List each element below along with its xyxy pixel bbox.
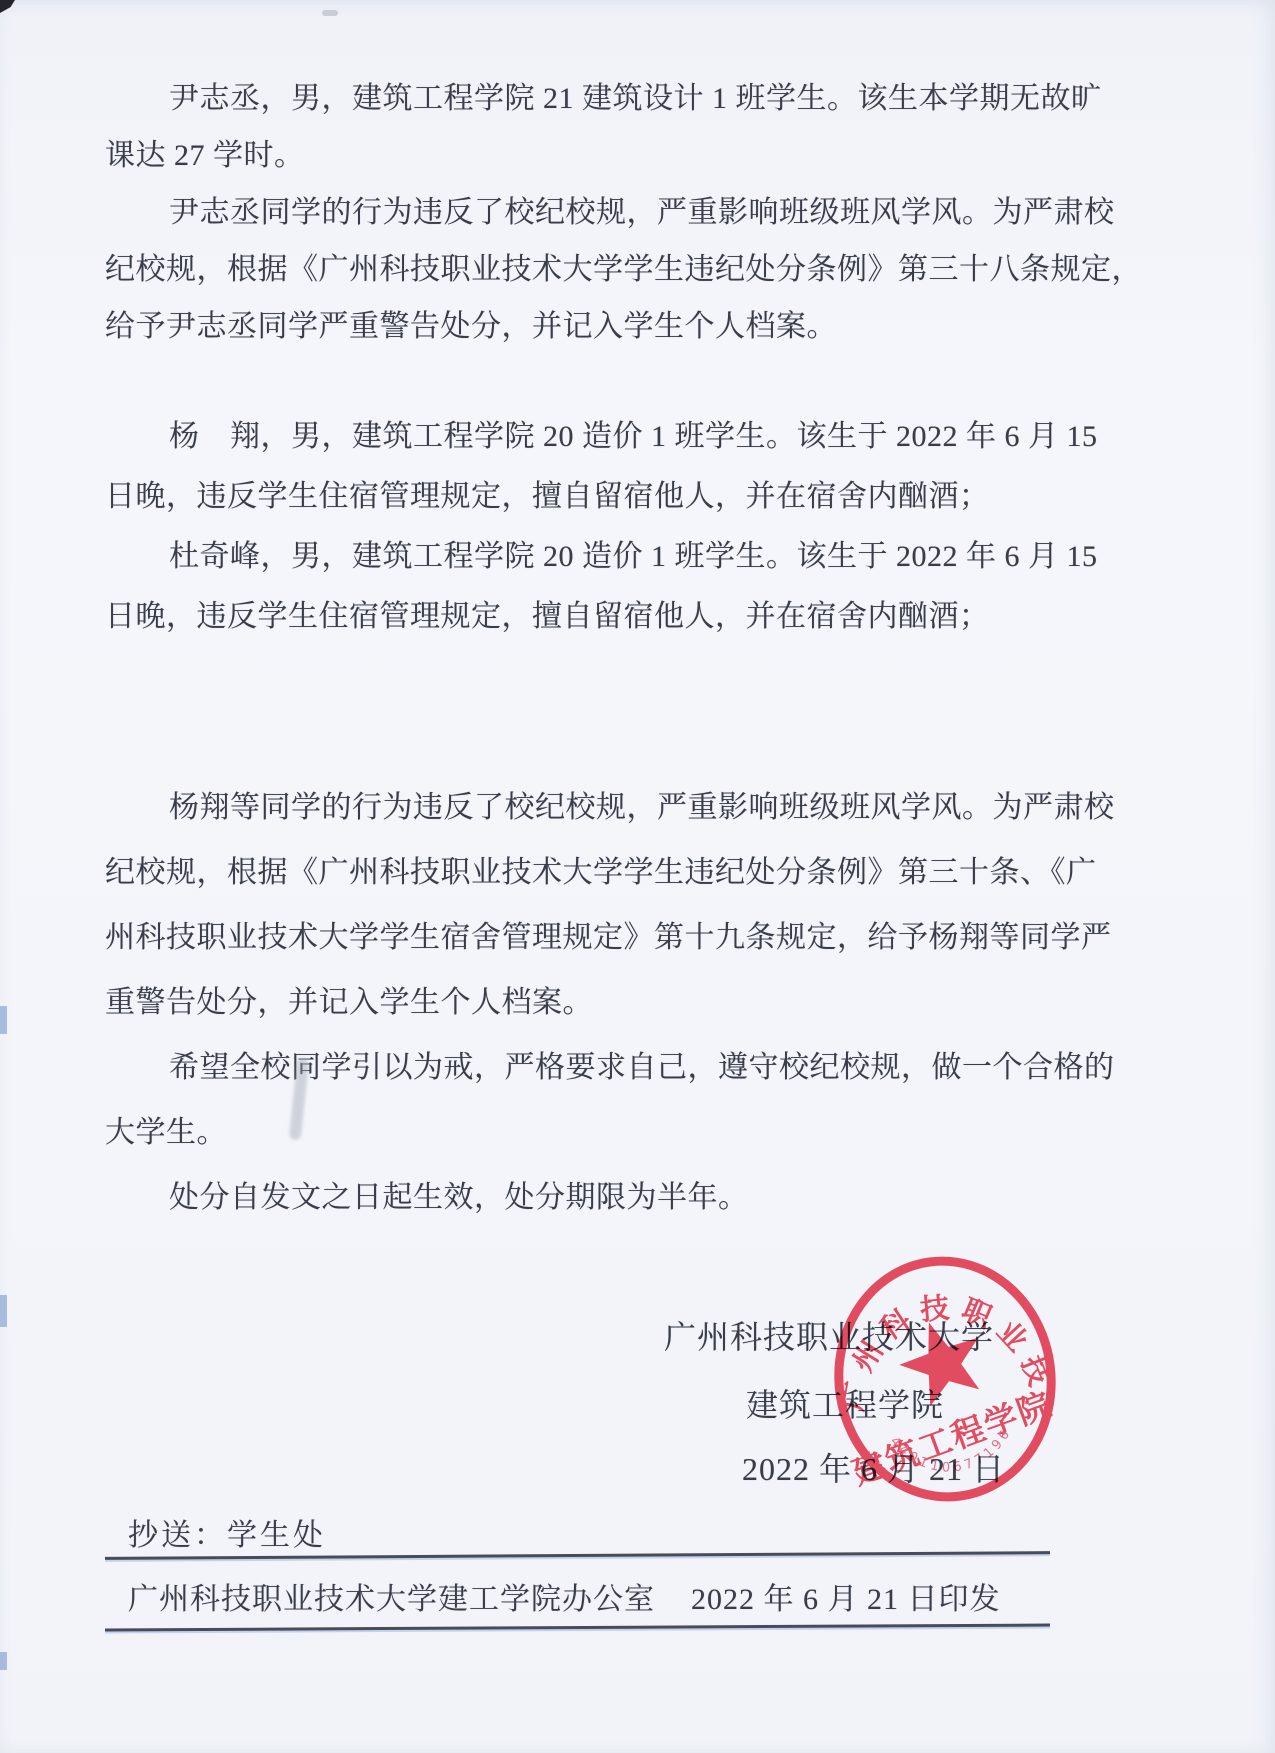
scan-artifact: [0, 1295, 7, 1327]
body-line: 希望全校同学引以为戒，严格要求自己，遵守校纪校规，做一个合格的: [105, 1035, 1077, 1100]
official-seal-stamp: 广州科技职业技术大学 建筑工程学院 440110677196: [813, 1239, 1076, 1520]
paragraph-group-3: 杨翔等同学的行为违反了校纪校规，严重影响班级班风学风。为严肃校 纪校规，根据《广…: [105, 775, 1077, 1230]
body-line: 给予尹志丞同学严重警告处分，并记入学生个人档案。: [105, 298, 1077, 355]
body-line: 杨翔等同学的行为违反了校纪校规，严重影响班级班风学风。为严肃校: [105, 775, 1077, 840]
body-line: 纪校规，根据《广州科技职业技术大学学生违纪处分条例》第三十八条规定，: [105, 241, 1077, 298]
body-line: 杜奇峰，男，建筑工程学院 20 造价 1 班学生。该生于 2022 年 6 月 …: [105, 527, 1077, 587]
body-line: 纪校规，根据《广州科技职业技术大学学生违纪处分条例》第三十条、《广: [105, 840, 1077, 905]
stamp-center-label: 建筑工程学院: [848, 1386, 1058, 1493]
body-line: 尹志丞，男，建筑工程学院 21 建筑设计 1 班学生。该生本学期无故旷: [105, 70, 1077, 127]
body-line: 日晚，违反学生住宿管理规定，擅自留宿他人，并在宿舍内酗酒；: [105, 467, 1077, 527]
body-line: 大学生。: [105, 1100, 1077, 1165]
body-line: 尹志丞同学的行为违反了校纪校规，严重影响班级班风学风。为严肃校: [105, 184, 1077, 241]
body-line: 日晚，违反学生住宿管理规定，擅自留宿他人，并在宿舍内酗酒；: [105, 587, 1077, 647]
body-line: 处分自发文之日起生效，处分期限为半年。: [105, 1165, 1077, 1230]
body-line: 杨 翔，男，建筑工程学院 20 造价 1 班学生。该生于 2022 年 6 月 …: [105, 407, 1077, 467]
paragraph-group-2: 杨 翔，男，建筑工程学院 20 造价 1 班学生。该生于 2022 年 6 月 …: [105, 407, 1077, 647]
body-line: 重警告处分，并记入学生个人档案。: [105, 970, 1077, 1035]
scan-artifact: [0, 0, 15, 13]
scan-artifact: [0, 1652, 7, 1670]
body-line: 课达 27 学时。: [105, 127, 1077, 184]
footer-divider: [105, 1624, 1050, 1632]
issuer-line: 广州科技职业技术大学建工学院办公室2022 年 6 月 21 日印发: [128, 1574, 1001, 1618]
issuer-office: 广州科技职业技术大学建工学院办公室: [128, 1583, 655, 1616]
document-page: 尹志丞，男，建筑工程学院 21 建筑设计 1 班学生。该生本学期无故旷 课达 2…: [0, 0, 1275, 1753]
issue-date: 2022 年 6 月 21 日印发: [691, 1583, 1001, 1616]
body-line: 州科技职业技术大学学生宿舍管理规定》第十九条规定，给予杨翔等同学严: [105, 905, 1077, 970]
scan-artifact: [0, 1006, 7, 1034]
cc-line: 抄送：学生处: [128, 1510, 326, 1554]
scan-artifact: [322, 10, 338, 16]
paragraph-group-1: 尹志丞，男，建筑工程学院 21 建筑设计 1 班学生。该生本学期无故旷 课达 2…: [105, 70, 1077, 355]
